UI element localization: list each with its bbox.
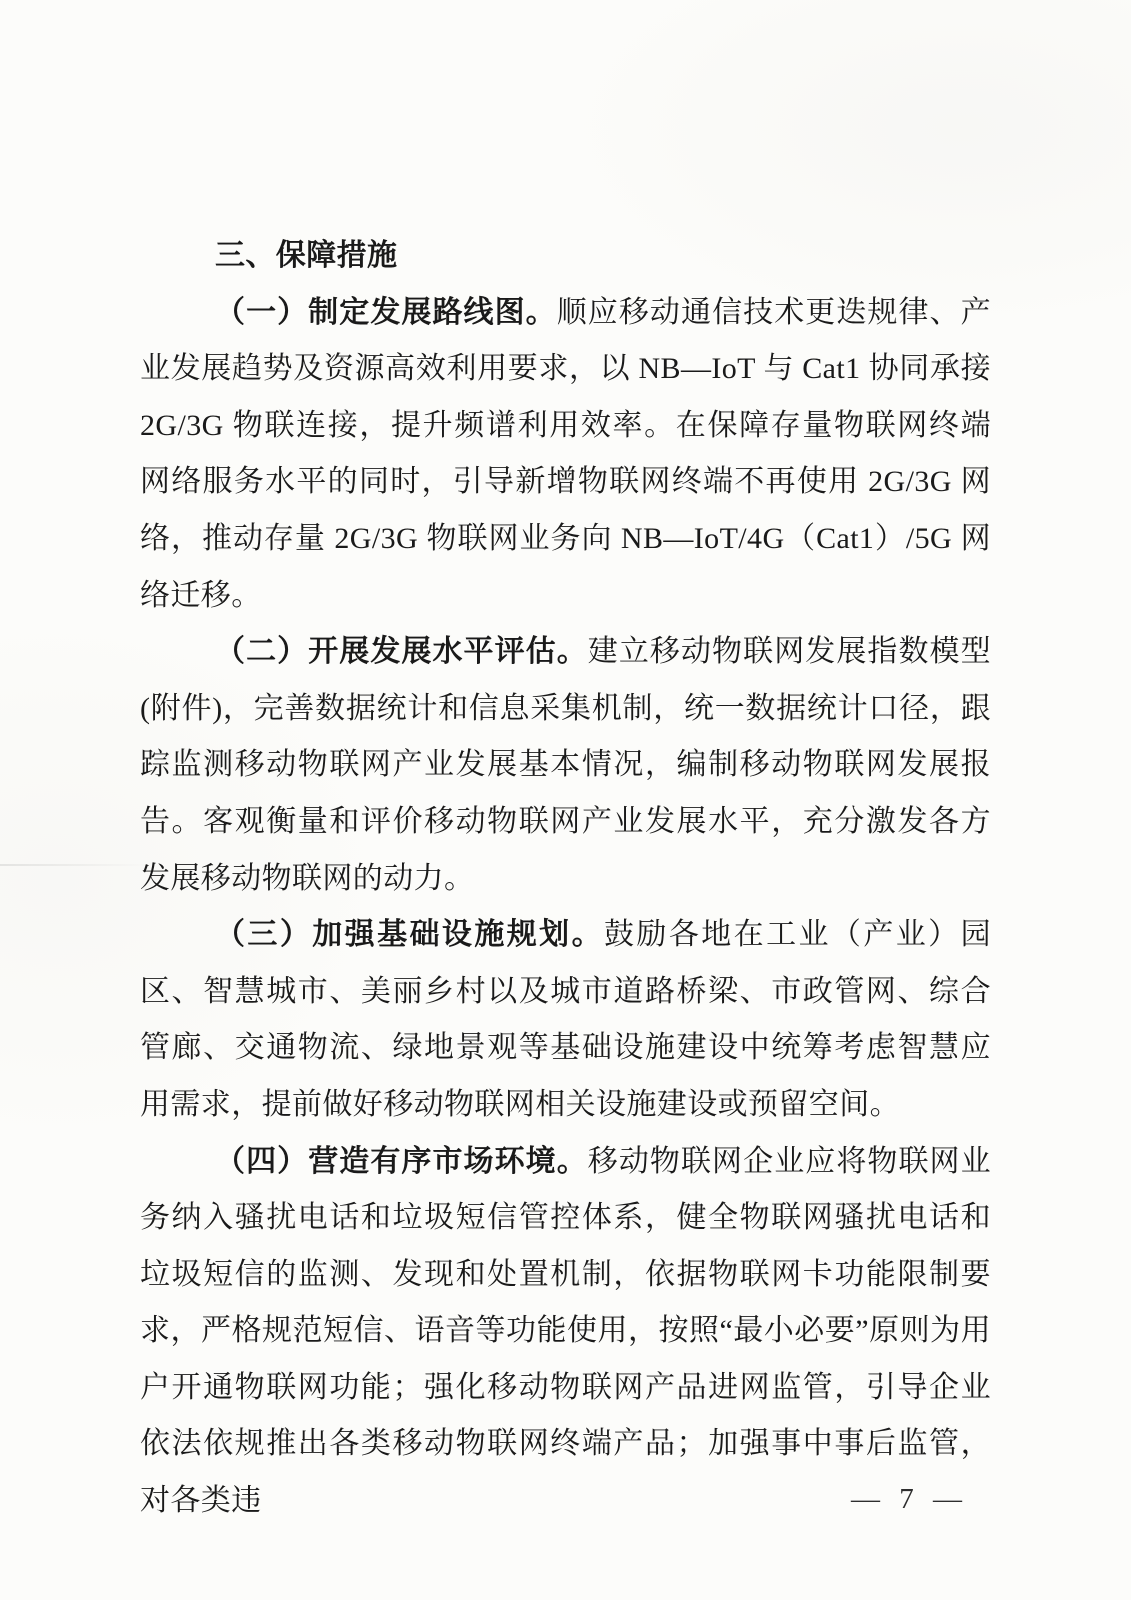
paragraph-1-lead: （一）制定发展路线图。 [215, 296, 557, 329]
scan-artifact-line [0, 864, 150, 866]
paragraph-2-lead: （二）开展发展水平评估。 [215, 635, 588, 668]
paragraph-4: （四）营造有序市场环境。移动物联网企业应将物联网业务纳入骚扰电话和垃圾短信管控体… [140, 1134, 991, 1530]
paragraph-2: （二）开展发展水平评估。建立移动物联网发展指数模型(附件)，完善数据统计和信息采… [140, 624, 991, 907]
document-page: 三、保障措施 （一）制定发展路线图。顺应移动通信技术更迭规律、产业发展趋势及资源… [0, 0, 1131, 1600]
paragraph-1-body: 顺应移动通信技术更迭规律、产业发展趋势及资源高效利用要求，以 NB—IoT 与 … [140, 296, 991, 612]
section-heading: 三、保障措施 [140, 228, 991, 285]
paragraph-2-body: 建立移动物联网发展指数模型(附件)，完善数据统计和信息采集机制，统一数据统计口径… [140, 635, 991, 894]
page-number: — 7 — [851, 1483, 968, 1516]
paragraph-4-lead: （四）营造有序市场环境。 [215, 1145, 588, 1178]
paragraph-1: （一）制定发展路线图。顺应移动通信技术更迭规律、产业发展趋势及资源高效利用要求，… [140, 285, 991, 625]
document-body: 三、保障措施 （一）制定发展路线图。顺应移动通信技术更迭规律、产业发展趋势及资源… [140, 228, 991, 1530]
paragraph-3-lead: （三）加强基础设施规划。 [215, 918, 604, 951]
paragraph-4-body: 移动物联网企业应将物联网业务纳入骚扰电话和垃圾短信管控体系，健全物联网骚扰电话和… [140, 1145, 991, 1518]
paragraph-3: （三）加强基础设施规划。鼓励各地在工业（产业）园区、智慧城市、美丽乡村以及城市道… [140, 907, 991, 1133]
